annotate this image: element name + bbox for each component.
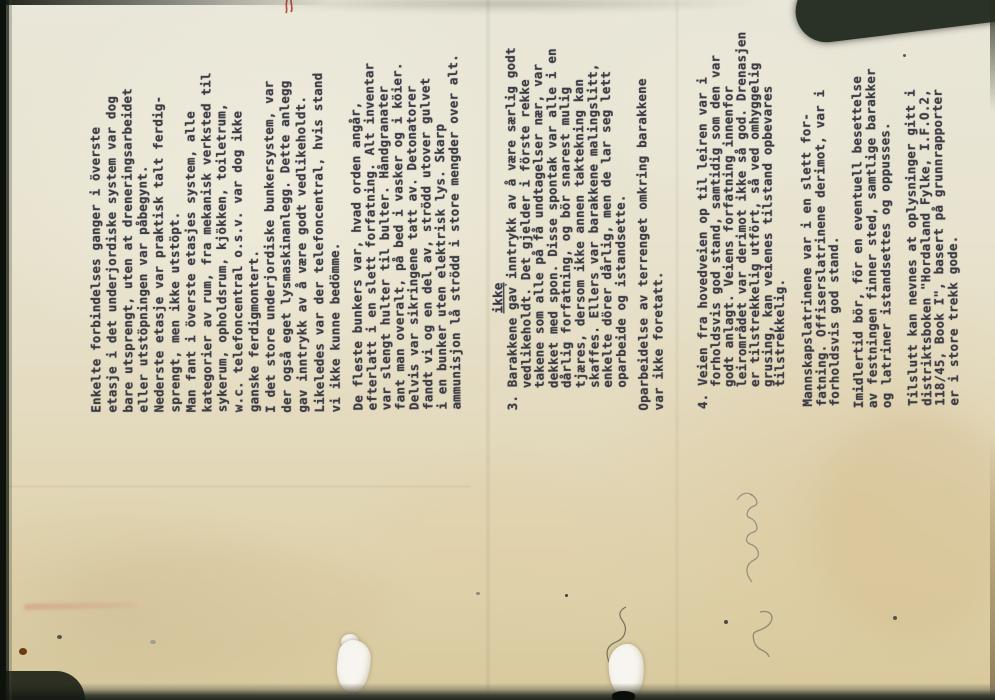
speck — [903, 54, 906, 57]
scan-edge — [0, 0, 330, 5]
scan-edge — [990, 0, 995, 700]
speck — [476, 592, 480, 595]
scan-edge — [0, 0, 12, 700]
scan-edge — [0, 683, 995, 700]
speck — [19, 648, 27, 655]
speck — [150, 640, 156, 644]
scan-annotations — [0, 0, 995, 700]
pencil-scribble — [753, 611, 772, 657]
speck — [724, 620, 728, 624]
scan-edge — [0, 671, 85, 700]
pencil-signature — [747, 494, 759, 582]
speck — [57, 635, 62, 639]
document-scan: Enkelte forbindelses ganger i överste et… — [0, 0, 995, 700]
speck — [893, 616, 897, 620]
scan-edge — [612, 691, 635, 700]
pencil-signature — [737, 493, 753, 500]
speck — [565, 594, 568, 597]
